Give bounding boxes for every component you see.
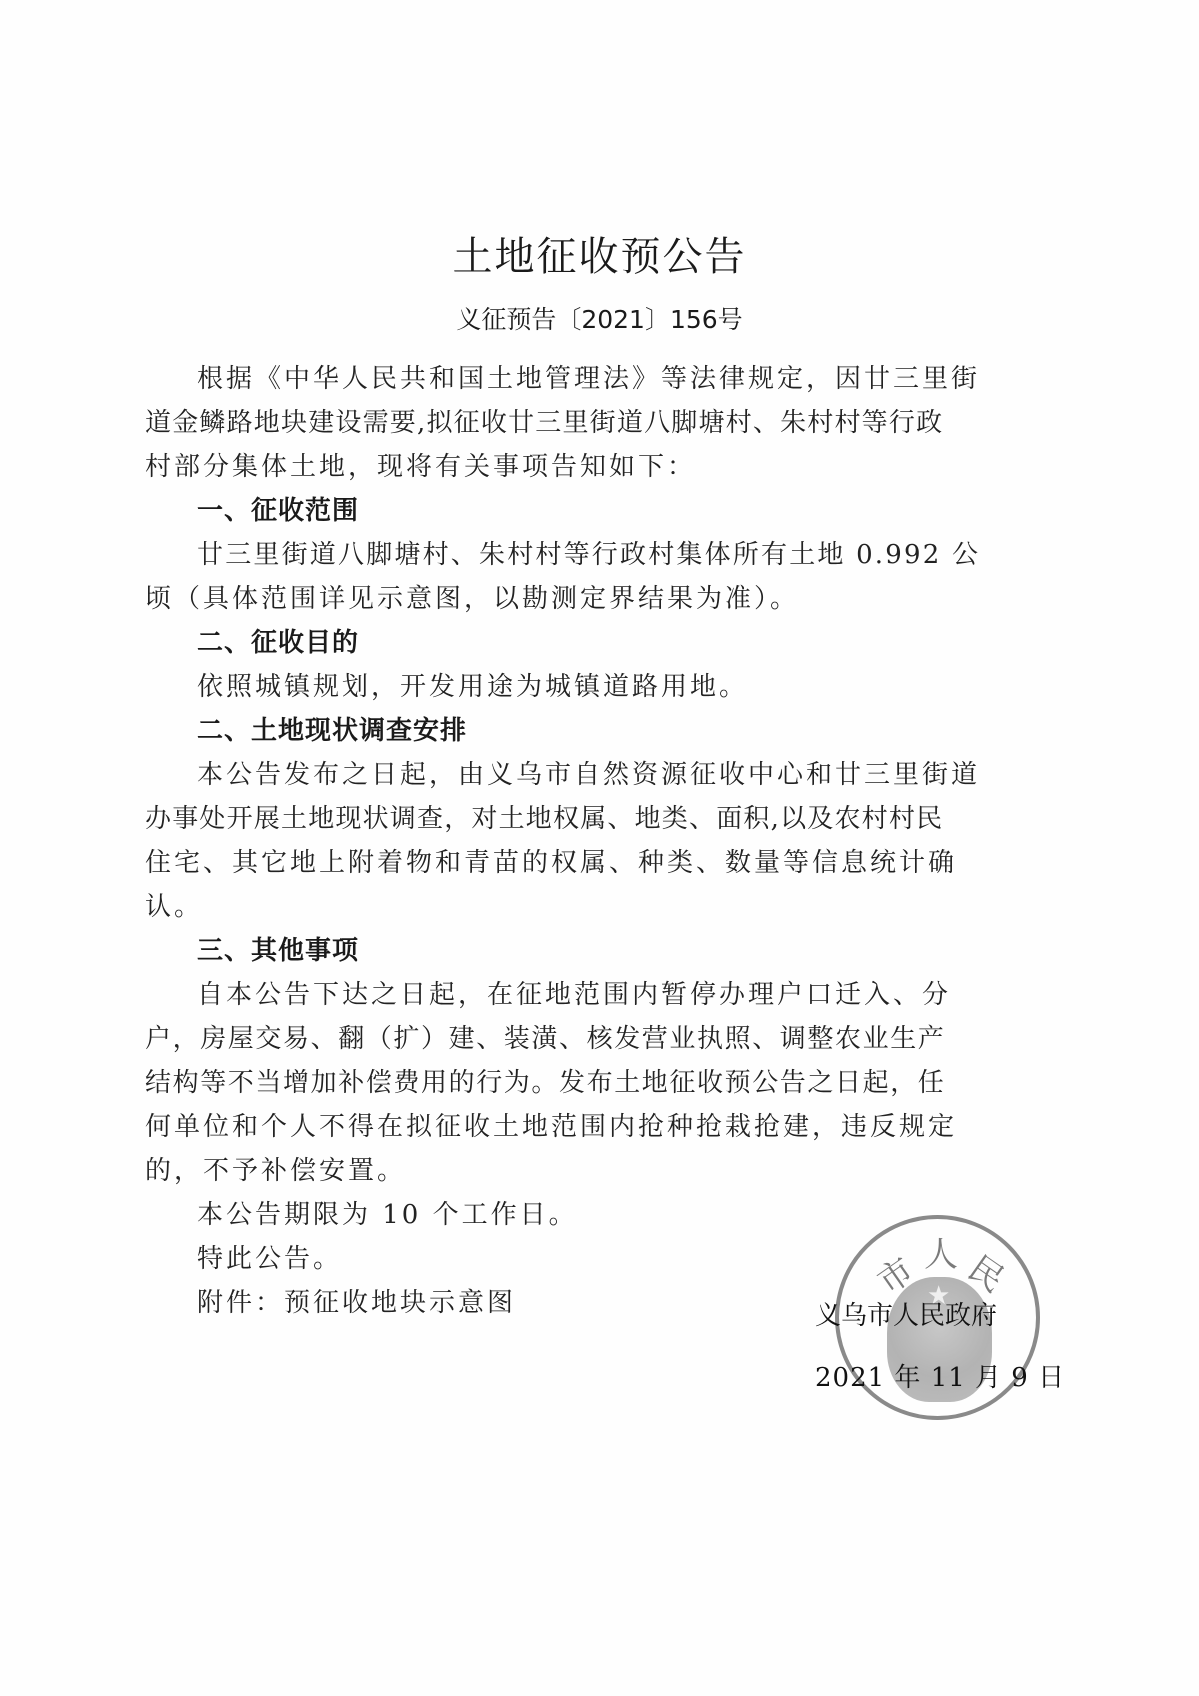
document-title: 土地征收预公告: [0, 225, 1199, 282]
section-line: 顷（具体范围详见示意图，以勘测定界结果为准）。: [145, 578, 799, 615]
intro-line: 村部分集体土地，现将有关事项告知如下：: [145, 446, 696, 483]
section-line: 何单位和个人不得在拟征收土地范围内抢种抢栽抢建，违反规定: [145, 1106, 957, 1143]
section-line: 认。: [145, 886, 203, 923]
closing-statement: 特此公告。: [197, 1238, 342, 1275]
section-heading-scope: 一、征收范围: [197, 490, 359, 527]
section-heading-other: 三、其他事项: [197, 930, 359, 967]
issuing-authority: 义乌市人民政府: [815, 1295, 997, 1332]
section-line: 户，房屋交易、翻（扩）建、装潢、核发营业执照、调整农业生产: [145, 1018, 945, 1055]
intro-line: 道金鳞路地块建设需要,拟征收廿三里街道八脚塘村、朱村村等行政: [145, 402, 943, 439]
section-line: 结构等不当增加补偿费用的行为。发布土地征收预公告之日起，任: [145, 1062, 945, 1099]
seal-arc-char: 人: [924, 1227, 958, 1276]
section-line: 自本公告下达之日起，在征地范围内暂停办理户口迁入、分: [197, 974, 951, 1011]
attachment-note: 附件：预征收地块示意图: [197, 1282, 516, 1319]
section-heading-survey: 二、土地现状调查安排: [197, 710, 467, 747]
document-number: 义征预告〔2021〕156号: [0, 300, 1199, 336]
section-line: 依照城镇规划，开发用途为城镇道路用地。: [197, 666, 748, 703]
intro-line: 根据《中华人民共和国土地管理法》等法律规定，因廿三里街: [197, 358, 980, 395]
section-line: 本公告发布之日起，由义乌市自然资源征收中心和廿三里街道: [197, 754, 980, 791]
section-line: 廿三里街道八脚塘村、朱村村等行政村集体所有土地 0.992 公: [197, 534, 980, 571]
section-line: 办事处开展土地现状调查，对土地权属、地类、面积,以及农村村民: [145, 798, 943, 835]
document-page: 土地征收预公告 义征预告〔2021〕156号 根据《中华人民共和国土地管理法》等…: [0, 0, 1199, 1696]
section-line: 的，不予补偿安置。: [145, 1150, 406, 1187]
section-heading-purpose: 二、征收目的: [197, 622, 359, 659]
section-line: 住宅、其它地上附着物和青苗的权属、种类、数量等信息统计确: [145, 842, 957, 879]
issue-date: 2021 年 11 月 9 日: [815, 1357, 1065, 1394]
notice-period: 本公告期限为 10 个工作日。: [197, 1194, 578, 1231]
